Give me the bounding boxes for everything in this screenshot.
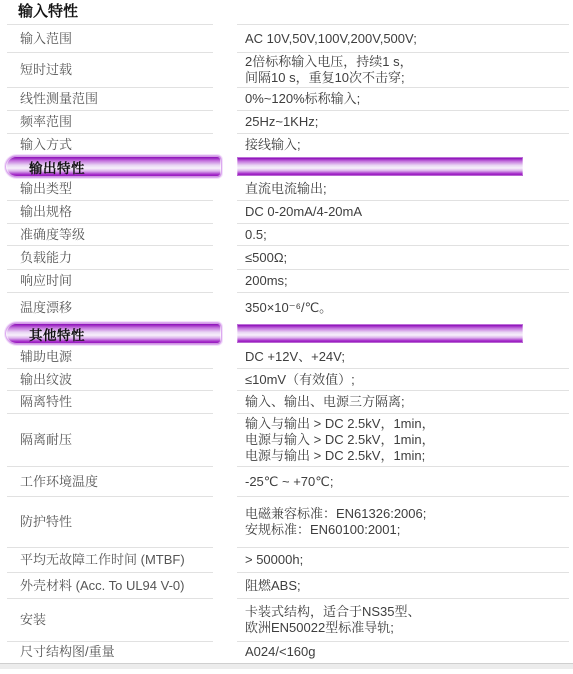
spec-row: 外壳材料 (Acc. To UL94 V-0) 阻燃ABS; — [7, 573, 569, 599]
section-title-output: 输出特性 — [29, 157, 85, 177]
bottom-divider — [0, 663, 573, 669]
header-line-right — [237, 0, 569, 25]
spec-label: 输出规格 — [7, 201, 213, 224]
spec-label: 隔离耐压 — [7, 414, 213, 467]
spec-value: 25Hz~1KHz; — [237, 111, 569, 134]
spec-label: 隔离特性 — [7, 391, 213, 414]
spec-label: 工作环境温度 — [7, 467, 213, 497]
spec-value: DC 0-20mA/4-20mA — [237, 201, 569, 224]
spec-label: 安装 — [7, 599, 213, 642]
spec-label: 输入范围 — [7, 25, 213, 53]
spec-value: A024/<160g — [237, 642, 569, 662]
spec-value: > 50000h; — [237, 548, 569, 573]
spec-row: 安装 卡装式结构，适合于NS35型、 欧洲EN50022型标准导轨; — [7, 599, 569, 642]
spec-value: 卡装式结构，适合于NS35型、 欧洲EN50022型标准导轨; — [237, 599, 569, 642]
column-gap — [213, 246, 237, 270]
spec-label: 响应时间 — [7, 270, 213, 293]
spec-row: 输入方式 接线输入; — [7, 134, 569, 155]
spec-row: 输出纹波 ≤10mV（有效值）; — [7, 369, 569, 391]
spec-value: ≤10mV（有效值）; — [237, 369, 569, 391]
column-gap — [213, 414, 237, 467]
column-gap — [213, 467, 237, 497]
column-gap — [213, 345, 237, 369]
spec-label: 平均无故障工作时间 (MTBF) — [7, 548, 213, 573]
section-bar-left: 其他特性 — [5, 322, 222, 345]
column-gap — [213, 391, 237, 414]
column-gap — [213, 53, 237, 88]
spec-label: 辅助电源 — [7, 345, 213, 369]
spec-value: 0%~120%标称输入; — [237, 88, 569, 111]
bar-gap — [222, 155, 237, 178]
column-gap — [213, 548, 237, 573]
spec-row: 输入范围 AC 10V,50V,100V,200V,500V; — [7, 25, 569, 53]
spec-value: AC 10V,50V,100V,200V,500V; — [237, 25, 569, 53]
spec-value: ≤500Ω; — [237, 246, 569, 270]
column-gap — [213, 224, 237, 246]
spec-value: -25℃ ~ +70℃; — [237, 467, 569, 497]
spec-value: DC +12V、+24V; — [237, 345, 569, 369]
spec-label: 防护特性 — [7, 497, 213, 548]
section-header-input: 输入特性 — [7, 0, 569, 25]
section-bar-right — [237, 157, 523, 176]
spec-label: 输出纹波 — [7, 369, 213, 391]
spec-row: 准确度等级 0.5; — [7, 224, 569, 246]
spec-row: 平均无故障工作时间 (MTBF) > 50000h; — [7, 548, 569, 573]
column-gap — [213, 573, 237, 599]
spec-row: 辅助电源 DC +12V、+24V; — [7, 345, 569, 369]
column-gap — [213, 178, 237, 201]
spec-row: 工作环境温度 -25℃ ~ +70℃; — [7, 467, 569, 497]
spec-row: 短时过载 2倍标称输入电压，持续1 s， 间隔10 s，重复10次不击穿; — [7, 53, 569, 88]
spec-row: 负载能力 ≤500Ω; — [7, 246, 569, 270]
spec-value: 直流电流输出; — [237, 178, 569, 201]
spec-label: 短时过载 — [7, 53, 213, 88]
spec-row: 响应时间 200ms; — [7, 270, 569, 293]
spec-value: 电磁兼容标准：EN61326:2006; 安规标准：EN60100:2001; — [237, 497, 569, 548]
column-gap — [213, 642, 237, 662]
column-gap — [213, 599, 237, 642]
section-title-other: 其他特性 — [29, 324, 85, 344]
spec-row: 隔离耐压 输入与输出 > DC 2.5kV，1min， 电源与输入 > DC 2… — [7, 414, 569, 467]
spec-label: 输出类型 — [7, 178, 213, 201]
spec-row: 输出类型 直流电流输出; — [7, 178, 569, 201]
column-gap — [213, 134, 237, 155]
spec-row: 尺寸结构图/重量 A024/<160g — [7, 642, 569, 662]
spec-value: 200ms; — [237, 270, 569, 293]
spec-label: 尺寸结构图/重量 — [7, 642, 213, 662]
spec-value: 2倍标称输入电压，持续1 s， 间隔10 s，重复10次不击穿; — [237, 53, 569, 88]
spec-label: 输入方式 — [7, 134, 213, 155]
spec-row: 隔离特性 输入、输出、电源三方隔离; — [7, 391, 569, 414]
spec-value: 接线输入; — [237, 134, 569, 155]
section-title-input: 输入特性 — [7, 0, 213, 25]
spec-label: 负载能力 — [7, 246, 213, 270]
spec-value: 0.5; — [237, 224, 569, 246]
spec-label: 频率范围 — [7, 111, 213, 134]
spec-value: 阻燃ABS; — [237, 573, 569, 599]
spec-row: 输出规格 DC 0-20mA/4-20mA — [7, 201, 569, 224]
spec-label: 外壳材料 (Acc. To UL94 V-0) — [7, 573, 213, 599]
spec-row: 温度漂移 350×10⁻⁶/℃。 — [7, 293, 569, 322]
spec-value: 输入与输出 > DC 2.5kV，1min， 电源与输入 > DC 2.5kV，… — [237, 414, 569, 467]
column-gap — [213, 293, 237, 322]
section-header-other: 其他特性 — [5, 322, 523, 345]
column-gap — [213, 201, 237, 224]
column-gap — [213, 25, 237, 53]
column-gap — [213, 369, 237, 391]
spec-label: 准确度等级 — [7, 224, 213, 246]
column-gap — [213, 111, 237, 134]
spec-label: 线性测量范围 — [7, 88, 213, 111]
bar-gap — [222, 322, 237, 345]
spec-row: 防护特性 电磁兼容标准：EN61326:2006; 安规标准：EN60100:2… — [7, 497, 569, 548]
section-bar-left: 输出特性 — [5, 155, 222, 178]
spec-value: 350×10⁻⁶/℃。 — [237, 293, 569, 322]
column-gap — [213, 270, 237, 293]
column-gap — [213, 0, 237, 25]
spec-row: 频率范围 25Hz~1KHz; — [7, 111, 569, 134]
section-header-output: 输出特性 — [5, 155, 523, 178]
spec-row: 线性测量范围 0%~120%标称输入; — [7, 88, 569, 111]
section-bar-right — [237, 324, 523, 343]
column-gap — [213, 497, 237, 548]
spec-label: 温度漂移 — [7, 293, 213, 322]
spec-sheet: 输入特性 输入范围 AC 10V,50V,100V,200V,500V; 短时过… — [0, 0, 573, 674]
spec-value: 输入、输出、电源三方隔离; — [237, 391, 569, 414]
column-gap — [213, 88, 237, 111]
